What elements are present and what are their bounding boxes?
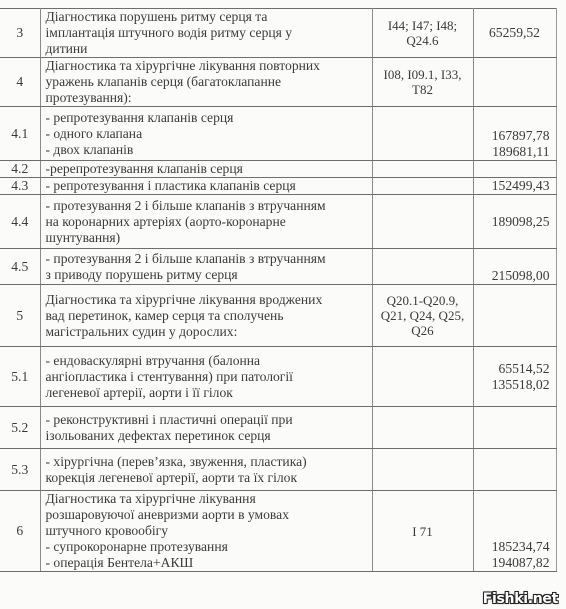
description-line: Діагностика порушень ритму серця та <box>46 9 368 25</box>
description-line: - протезування 2 і більше клапанів з втр… <box>46 251 368 267</box>
row-number: 4.3 <box>0 178 40 195</box>
price-value: 185234,74 <box>478 539 550 555</box>
watermark-logo: Fishki.net <box>483 591 558 607</box>
table-row: 4.3- репротезування і пластика клапанів … <box>0 178 556 195</box>
row-number: 3 <box>0 9 40 58</box>
icd-codes <box>372 195 473 249</box>
icd-codes <box>372 407 473 449</box>
procedure-description: -ререпротезування клапанів серця <box>40 161 372 178</box>
procedure-description: Діагностика порушень ритму серця таімпла… <box>40 9 372 58</box>
price-value: 65514,52 <box>478 361 550 377</box>
row-number: 5.2 <box>0 407 40 449</box>
price-value: 167897,78 <box>478 128 550 144</box>
procedure-description: - репротезування клапанів серця- одного … <box>40 107 372 161</box>
icd-code-line: Q21, Q24, Q25, <box>377 308 469 323</box>
procedure-description: - хірургічна (перев’язка, звуження, плас… <box>40 449 372 491</box>
description-line: з приводу порушень ритму серця <box>46 267 368 283</box>
price-value: 152499,43 <box>478 178 550 194</box>
tariff-price: 167897,78189681,11 <box>473 107 556 161</box>
description-line: корекція легеневої артерії, аорти та їх … <box>46 470 368 486</box>
description-line: ангіопластика і стентування) при патолог… <box>46 369 368 385</box>
table-row: 4.1- репротезування клапанів серця- одно… <box>0 107 556 161</box>
description-line: - протезування 2 і більше клапанів з втр… <box>46 198 368 214</box>
tariff-price: 152499,43 <box>473 178 556 195</box>
description-line: - двох клапанів <box>46 142 368 158</box>
icd-codes <box>372 178 473 195</box>
description-line: - ендоваскулярні втручання (балонна <box>46 353 368 369</box>
procedure-description: Діагностика та хірургічне лікування врод… <box>40 285 372 347</box>
row-number: 5 <box>0 285 40 347</box>
description-line: Діагностика та хірургічне лікування повт… <box>46 58 368 74</box>
price-value: 65259,52 <box>478 25 552 41</box>
price-value: 215098,00 <box>478 268 550 284</box>
table-row: 5.3- хірургічна (перев’язка, звуження, п… <box>0 449 556 491</box>
tariff-table-body: 3Діагностика порушень ритму серця таімпл… <box>0 9 556 572</box>
procedure-description: - реконструктивні і пластичні операції п… <box>40 407 372 449</box>
description-line: магістральних судин у дорослих: <box>46 324 368 340</box>
tariff-price <box>473 161 556 178</box>
price-value: 194087,82 <box>478 555 550 571</box>
tariff-price <box>473 58 556 107</box>
row-number: 4.5 <box>0 249 40 285</box>
tariff-price: 215098,00 <box>473 249 556 285</box>
description-line: - репротезування і пластика клапанів сер… <box>46 178 368 194</box>
description-line: Діагностика та хірургічне лікування <box>46 491 368 507</box>
icd-codes: I44; I47; I48;Q24.6 <box>372 9 473 58</box>
row-number: 5.3 <box>0 449 40 491</box>
icd-codes: Q20.1-Q20.9,Q21, Q24, Q25,Q26 <box>372 285 473 347</box>
price-value: 189681,11 <box>478 144 550 160</box>
procedure-description: Діагностика та хірургічне лікуваннярозша… <box>40 491 372 572</box>
table-row: 4.2-ререпротезування клапанів серця <box>0 161 556 178</box>
description-line: шунтування) <box>46 230 368 246</box>
row-number: 4.1 <box>0 107 40 161</box>
procedure-description: - репротезування і пластика клапанів сер… <box>40 178 372 195</box>
description-line: уражень клапанів серця (багатоклапанне <box>46 74 368 90</box>
description-line: протезування): <box>46 90 368 106</box>
price-value: 135518,02 <box>478 377 550 393</box>
description-line: - операція Бентела+АКШ <box>46 555 368 571</box>
description-line: на коронарних артеріях (аорто-коронарне <box>46 214 368 230</box>
description-line: штучного кровообігу <box>46 523 368 539</box>
icd-code-line: I44; I47; I48; <box>377 18 469 33</box>
icd-code-line: Q26 <box>377 323 469 338</box>
description-line: - одного клапана <box>46 126 368 142</box>
row-number: 5.1 <box>0 347 40 407</box>
row-number: 6 <box>0 491 40 572</box>
table-row: 4Діагностика та хірургічне лікування пов… <box>0 58 556 107</box>
icd-codes <box>372 107 473 161</box>
tariff-table: 3Діагностика порушень ритму серця таімпл… <box>0 8 557 572</box>
description-line: - хірургічна (перев’язка, звуження, плас… <box>46 454 368 470</box>
tariff-price: 65514,52135518,02 <box>473 347 556 407</box>
table-row: 5Діагностика та хірургічне лікування вро… <box>0 285 556 347</box>
description-line: Діагностика та хірургічне лікування врод… <box>46 292 368 308</box>
row-number: 4 <box>0 58 40 107</box>
description-line: -ререпротезування клапанів серця <box>46 161 368 177</box>
row-number: 4.4 <box>0 195 40 249</box>
description-line: - супрокоронарне протезування <box>46 539 368 555</box>
procedure-description: - протезування 2 і більше клапанів з втр… <box>40 195 372 249</box>
description-line: ізольованих дефектах перетинок серця <box>46 428 368 444</box>
description-line: дитини <box>46 41 368 57</box>
table-row: 4.5- протезування 2 і більше клапанів з … <box>0 249 556 285</box>
tariff-price <box>473 285 556 347</box>
tariff-price <box>473 407 556 449</box>
icd-codes <box>372 249 473 285</box>
table-row: 3Діагностика порушень ритму серця таімпл… <box>0 9 556 58</box>
table-row: 4.4- протезування 2 і більше клапанів з … <box>0 195 556 249</box>
tariff-price: 185234,74194087,82 <box>473 491 556 572</box>
scanned-document-page: 3Діагностика порушень ритму серця таімпл… <box>0 0 566 609</box>
icd-codes <box>372 161 473 178</box>
tariff-price: 189098,25 <box>473 195 556 249</box>
procedure-description: Діагностика та хірургічне лікування повт… <box>40 58 372 107</box>
table-row: 5.2- реконструктивні і пластичні операці… <box>0 407 556 449</box>
icd-codes <box>372 347 473 407</box>
description-line: вад перетинок, камер серця та сполучень <box>46 308 368 324</box>
row-number: 4.2 <box>0 161 40 178</box>
price-value: 189098,25 <box>478 214 550 230</box>
icd-code-line: Q24.6 <box>377 33 469 48</box>
icd-codes <box>372 449 473 491</box>
description-line: розшаровуючої аневризми аорти в умовах <box>46 507 368 523</box>
description-line: легеневої артерії, аорти і її гілок <box>46 385 368 401</box>
icd-code-line: T82 <box>377 82 469 97</box>
table-row: 5.1- ендоваскулярні втручання (балоннаан… <box>0 347 556 407</box>
procedure-description: - ендоваскулярні втручання (балоннаангіо… <box>40 347 372 407</box>
icd-codes: I08, I09.1, I33,T82 <box>372 58 473 107</box>
description-line: - репротезування клапанів серця <box>46 110 368 126</box>
table-row: 6Діагностика та хірургічне лікуваннярозш… <box>0 491 556 572</box>
icd-codes: I 71 <box>372 491 473 572</box>
tariff-price <box>473 449 556 491</box>
icd-code-line: Q20.1-Q20.9, <box>377 293 469 308</box>
tariff-price: 65259,52 <box>473 9 556 58</box>
description-line: імплантація штучного водія ритму серця у <box>46 25 368 41</box>
procedure-description: - протезування 2 і більше клапанів з втр… <box>40 249 372 285</box>
icd-code-line: I08, I09.1, I33, <box>377 67 469 82</box>
icd-code-line: I 71 <box>377 524 469 539</box>
description-line: - реконструктивні і пластичні операції п… <box>46 412 368 428</box>
